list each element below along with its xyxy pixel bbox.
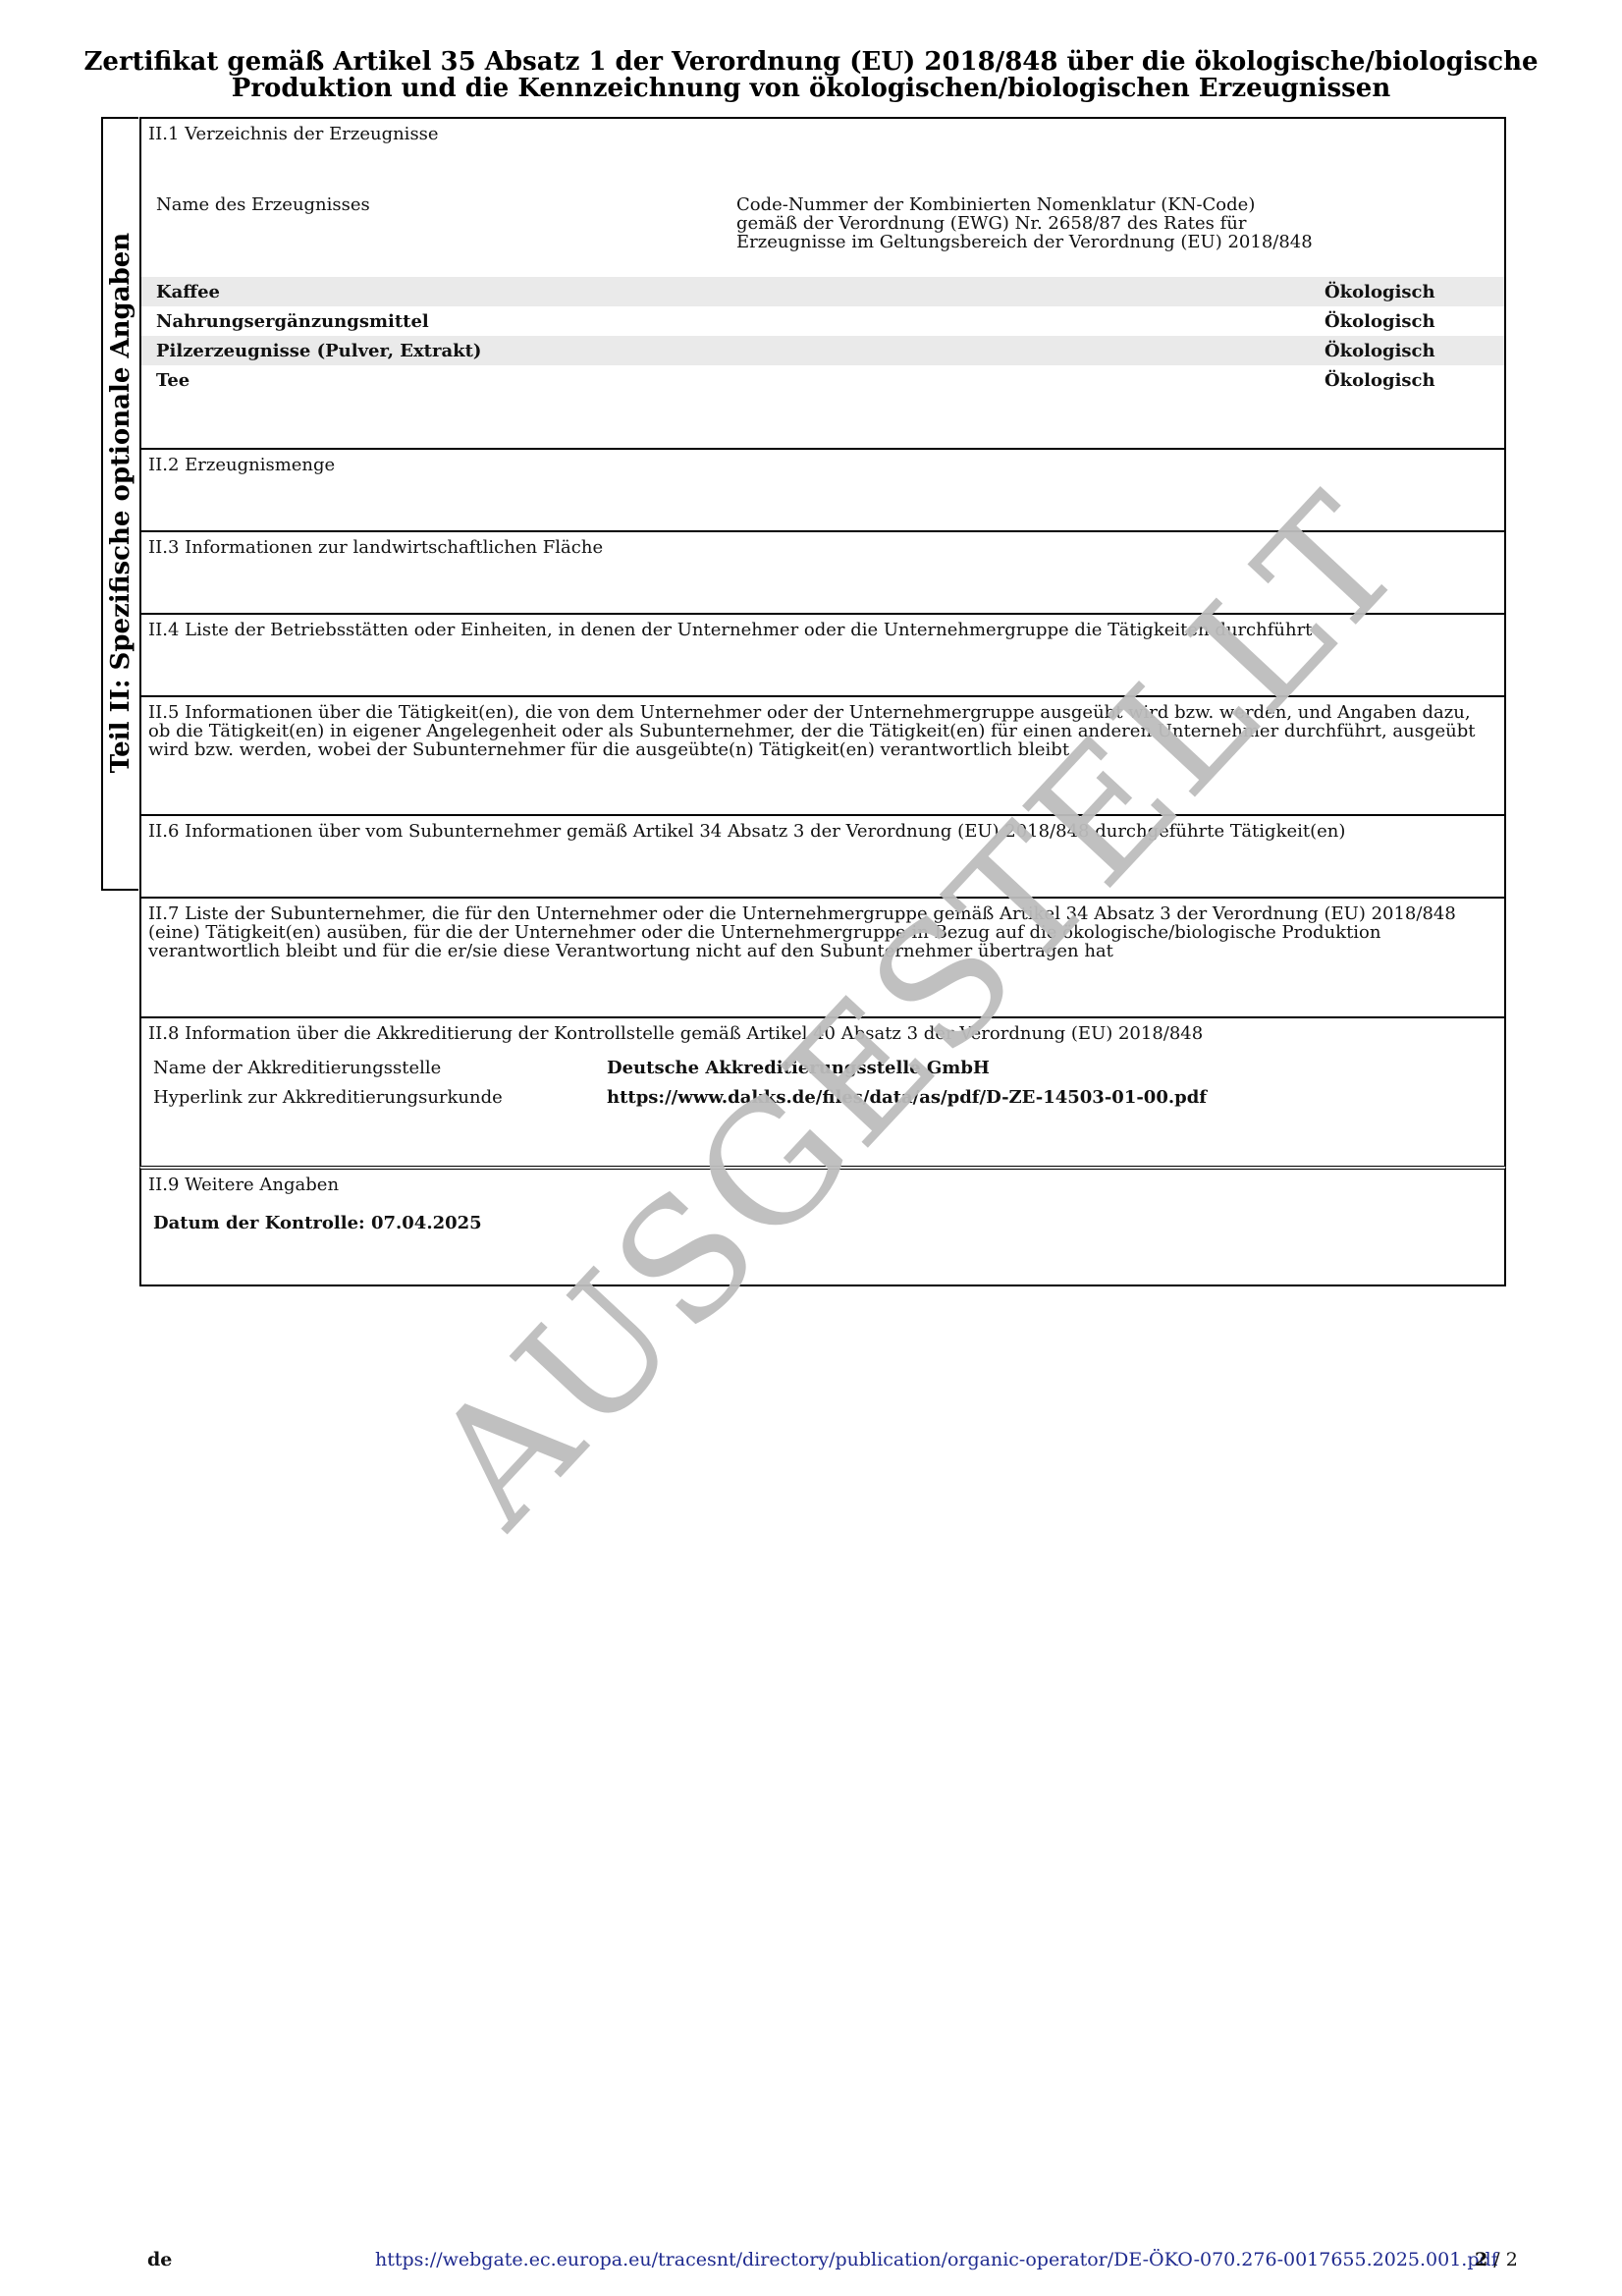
section-title: II.7 Liste der Subunternehmer, die für d… bbox=[148, 904, 1465, 960]
certificate-part-ii-table: II.1 Verzeichnis der Erzeugnisse Name de… bbox=[139, 117, 1506, 1286]
column-header-product-name: Name des Erzeugnisses bbox=[156, 195, 370, 214]
section-title: II.2 Erzeugnismenge bbox=[148, 456, 335, 474]
section-premises: II.4 Liste der Betriebsstätten oder Einh… bbox=[139, 613, 1506, 695]
column-header-kn-code: Code-Nummer der Kombinierten Nomenklatur… bbox=[736, 195, 1424, 251]
total-pages: / 2 bbox=[1493, 2249, 1518, 2270]
section-title: II.8 Information über die Akkreditierung… bbox=[148, 1024, 1203, 1043]
kn-code-line: Code-Nummer der Kombinierten Nomenklatur… bbox=[736, 195, 1424, 214]
accreditation-body-label: Name der Akkreditierungsstelle bbox=[153, 1058, 441, 1078]
section-subcontractor-activities: II.6 Informationen über vom Subunternehm… bbox=[139, 814, 1506, 897]
part-label: Teil II: Spezifische optionale Angaben bbox=[102, 117, 139, 889]
product-name: Pilzerzeugnisse (Pulver, Extrakt) bbox=[156, 341, 481, 361]
current-page: 2 bbox=[1475, 2249, 1487, 2270]
part-label-text: Teil II: Spezifische optionale Angaben bbox=[106, 233, 135, 773]
footer-document-link[interactable]: https://webgate.ec.europa.eu/tracesnt/di… bbox=[375, 2249, 1498, 2270]
footer-page-number: 2 / 2 bbox=[1475, 2249, 1518, 2270]
section-activities: II.5 Informationen über die Tätigkeit(en… bbox=[139, 695, 1506, 814]
section-title: II.9 Weitere Angaben bbox=[148, 1175, 339, 1194]
product-row: Nahrungsergänzungsmittel Ökologisch bbox=[141, 306, 1504, 336]
section-product-quantity: II.2 Erzeugnismenge bbox=[139, 448, 1506, 530]
footer-language: de bbox=[147, 2249, 172, 2270]
product-status: Ökologisch bbox=[1325, 311, 1435, 332]
product-row: Tee Ökologisch bbox=[141, 365, 1504, 395]
product-row: Kaffee Ökologisch bbox=[141, 277, 1504, 306]
section-subcontractor-list: II.7 Liste der Subunternehmer, die für d… bbox=[139, 897, 1506, 1016]
section-title: II.1 Verzeichnis der Erzeugnisse bbox=[148, 125, 439, 143]
section-title: II.5 Informationen über die Tätigkeit(en… bbox=[148, 703, 1496, 759]
product-name: Tee bbox=[156, 370, 189, 391]
certificate-title-line1: Zertifikat gemäß Artikel 35 Absatz 1 der… bbox=[0, 49, 1622, 76]
product-status: Ökologisch bbox=[1325, 282, 1435, 302]
section-title: II.4 Liste der Betriebsstätten oder Einh… bbox=[148, 621, 1312, 639]
product-status: Ökologisch bbox=[1325, 370, 1435, 391]
product-name: Nahrungsergänzungsmittel bbox=[156, 311, 429, 332]
kn-code-line: gemäß der Verordnung (EWG) Nr. 2658/87 d… bbox=[736, 214, 1424, 233]
kn-code-line: Erzeugnisse im Geltungsbereich der Veror… bbox=[736, 233, 1424, 251]
inspection-date: Datum der Kontrolle: 07.04.2025 bbox=[153, 1213, 482, 1233]
accreditation-body-value: Deutsche Akkreditierungsstelle GmbH bbox=[607, 1058, 990, 1078]
accreditation-link-label: Hyperlink zur Akkreditierungsurkunde bbox=[153, 1087, 503, 1108]
certificate-title: Zertifikat gemäß Artikel 35 Absatz 1 der… bbox=[0, 49, 1622, 102]
accreditation-link-value[interactable]: https://www.dakks.de/files/data/as/pdf/D… bbox=[607, 1087, 1207, 1108]
section-further-info: II.9 Weitere Angaben Datum der Kontrolle… bbox=[139, 1166, 1506, 1286]
section-title: II.3 Informationen zur landwirtschaftlic… bbox=[148, 538, 603, 557]
product-name: Kaffee bbox=[156, 282, 220, 302]
section-products: II.1 Verzeichnis der Erzeugnisse Name de… bbox=[139, 117, 1506, 448]
product-status: Ökologisch bbox=[1325, 341, 1435, 361]
certificate-title-line2: Produktion und die Kennzeichnung von öko… bbox=[0, 76, 1622, 102]
section-title: II.6 Informationen über vom Subunternehm… bbox=[148, 822, 1345, 841]
section-agricultural-area: II.3 Informationen zur landwirtschaftlic… bbox=[139, 530, 1506, 613]
product-row: Pilzerzeugnisse (Pulver, Extrakt) Ökolog… bbox=[141, 336, 1504, 365]
section-accreditation: II.8 Information über die Akkreditierung… bbox=[139, 1016, 1506, 1166]
